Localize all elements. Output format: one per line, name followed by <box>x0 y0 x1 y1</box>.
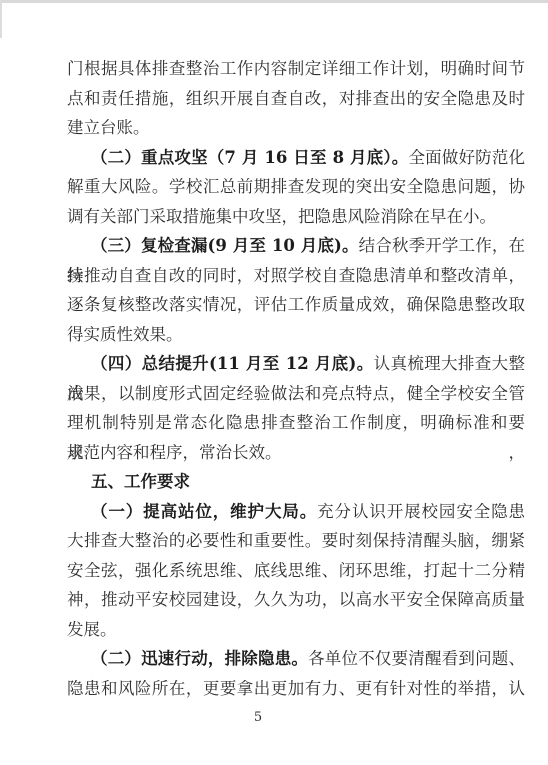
text-line: 理机制特别是常态化隐患排查整治工作制度，明确标准和要求， <box>67 408 525 438</box>
text-line: 隐患和风险所在，更要拿出更加有力、更有针对性的举措，认 <box>67 674 525 704</box>
text-line: 逐条复核整改落实情况，评估工作质量成效，确保隐患整改取 <box>67 290 525 320</box>
text-line: （二）重点攻坚（7 月 16 日至 8 月底）。全面做好防范化 <box>67 143 525 173</box>
body-text: 续推动自查自改的同时，对照学校自查隐患清单和整改清单， <box>67 266 525 285</box>
bold-text: （二）重点攻坚（7 月 16 日至 8 月底）。 <box>91 148 408 167</box>
bold-text: （三）复检查漏(9 月至 10 月底)。 <box>91 236 359 255</box>
text-line: 大排查大整治的必要性和重要性。要时刻保持清醒头脑，绷紧 <box>67 526 525 556</box>
para-phase-3-recheck: （三）复检查漏(9 月至 10 月底)。结合秋季开学工作，在持续推动自查自改的同… <box>67 231 525 349</box>
body-text: 充分认识开展校园安全隐患 <box>317 502 525 521</box>
body-text: 点和责任措施，组织开展自查自改，对排查出的安全隐患及时 <box>67 89 525 108</box>
text-line: 发展。 <box>67 615 525 645</box>
body-text: 大排查大整治的必要性和重要性。要时刻保持清醒头脑，绷紧 <box>67 531 525 550</box>
bold-text: （二）迅速行动，排除隐患。 <box>91 649 308 668</box>
text-line: 调有关部门采取措施集中攻坚，把隐患风险消除在早在小。 <box>67 202 525 232</box>
document-body: 门根据具体排查整治工作内容制定详细工作计划，明确时间节点和责任措施，组织开展自查… <box>67 54 525 703</box>
body-text: 调有关部门采取措施集中攻坚，把隐患风险消除在早在小。 <box>67 207 496 226</box>
bold-text: （一）提高站位，维护大局。 <box>91 502 317 521</box>
body-text: 逐条复核整改落实情况，评估工作质量成效，确保隐患整改取 <box>67 295 525 314</box>
para-requirement-2: （二）迅速行动，排除隐患。各单位不仅要清醒看到问题、隐患和风险所在，更要拿出更加… <box>67 644 525 703</box>
heading-section-5-work-requirements: 五、工作要求 <box>67 467 525 497</box>
text-line: 点和责任措施，组织开展自查自改，对排查出的安全隐患及时 <box>67 84 525 114</box>
body-text: 安全弦，强化系统思维、底线思维、闭环思维，打起十二分精 <box>67 561 525 580</box>
body-text: 解重大风险。学校汇总前期排查发现的突出安全隐患问题，协 <box>67 177 525 196</box>
page-number: 5 <box>254 710 262 725</box>
body-text: 各单位不仅要清醒看到问题、 <box>308 649 525 668</box>
document-page: 门根据具体排查整治工作内容制定详细工作计划，明确时间节点和责任措施，组织开展自查… <box>0 0 548 765</box>
text-line: 安全弦，强化系统思维、底线思维、闭环思维，打起十二分精 <box>67 556 525 586</box>
text-line: （一）提高站位，维护大局。充分认识开展校园安全隐患 <box>67 497 525 527</box>
text-line: 建立台账。 <box>67 113 525 143</box>
text-line: （四）总结提升(11 月至 12 月底)。认真梳理大排查大整治 <box>67 349 525 379</box>
text-line: 解重大风险。学校汇总前期排查发现的突出安全隐患问题，协 <box>67 172 525 202</box>
body-text: 神，推动平安校园建设，久久为功，以高水平安全保障高质量 <box>67 590 525 609</box>
page-footer: 5 <box>0 710 516 726</box>
body-text: 发展。 <box>67 620 117 639</box>
bold-text: 五、工作要求 <box>91 472 190 491</box>
body-text: 隐患和风险所在，更要拿出更加有力、更有针对性的举措，认 <box>67 679 525 698</box>
body-text: 全面做好防范化 <box>408 148 525 167</box>
text-line: 神，推动平安校园建设，久久为功，以高水平安全保障高质量 <box>67 585 525 615</box>
scan-artifact-top-edge <box>0 0 548 3</box>
para-phase-4-summary: （四）总结提升(11 月至 12 月底)。认真梳理大排查大整治成果，以制度形式固… <box>67 349 525 467</box>
body-text: 得实质性效果。 <box>67 325 183 344</box>
para-phase-2-key-tackling: （二）重点攻坚（7 月 16 日至 8 月底）。全面做好防范化解重大风险。学校汇… <box>67 143 525 232</box>
body-text: 建立台账。 <box>67 118 150 137</box>
text-line: 续推动自查自改的同时，对照学校自查隐患清单和整改清单， <box>67 261 525 291</box>
scan-artifact-left-edge <box>0 0 2 38</box>
text-line: 门根据具体排查整治工作内容制定详细工作计划，明确时间节 <box>67 54 525 84</box>
text-line: （二）迅速行动，排除隐患。各单位不仅要清醒看到问题、 <box>67 644 525 674</box>
text-line: （三）复检查漏(9 月至 10 月底)。结合秋季开学工作，在持 <box>67 231 525 261</box>
body-text: 门根据具体排查整治工作内容制定详细工作计划，明确时间节 <box>67 59 525 78</box>
body-text: 规范内容和程序，常治长效。 <box>67 443 282 462</box>
para-requirement-1: （一）提高站位，维护大局。充分认识开展校园安全隐患大排查大整治的必要性和重要性。… <box>67 497 525 645</box>
bold-text: （四）总结提升(11 月至 12 月底)。 <box>91 354 374 373</box>
body-text: 成果，以制度形式固定经验做法和亮点特点，健全学校安全管 <box>67 384 525 403</box>
text-line: 五、工作要求 <box>67 467 525 497</box>
para-continuation: 门根据具体排查整治工作内容制定详细工作计划，明确时间节点和责任措施，组织开展自查… <box>67 54 525 143</box>
text-line: 成果，以制度形式固定经验做法和亮点特点，健全学校安全管 <box>67 379 525 409</box>
text-line: 得实质性效果。 <box>67 320 525 350</box>
